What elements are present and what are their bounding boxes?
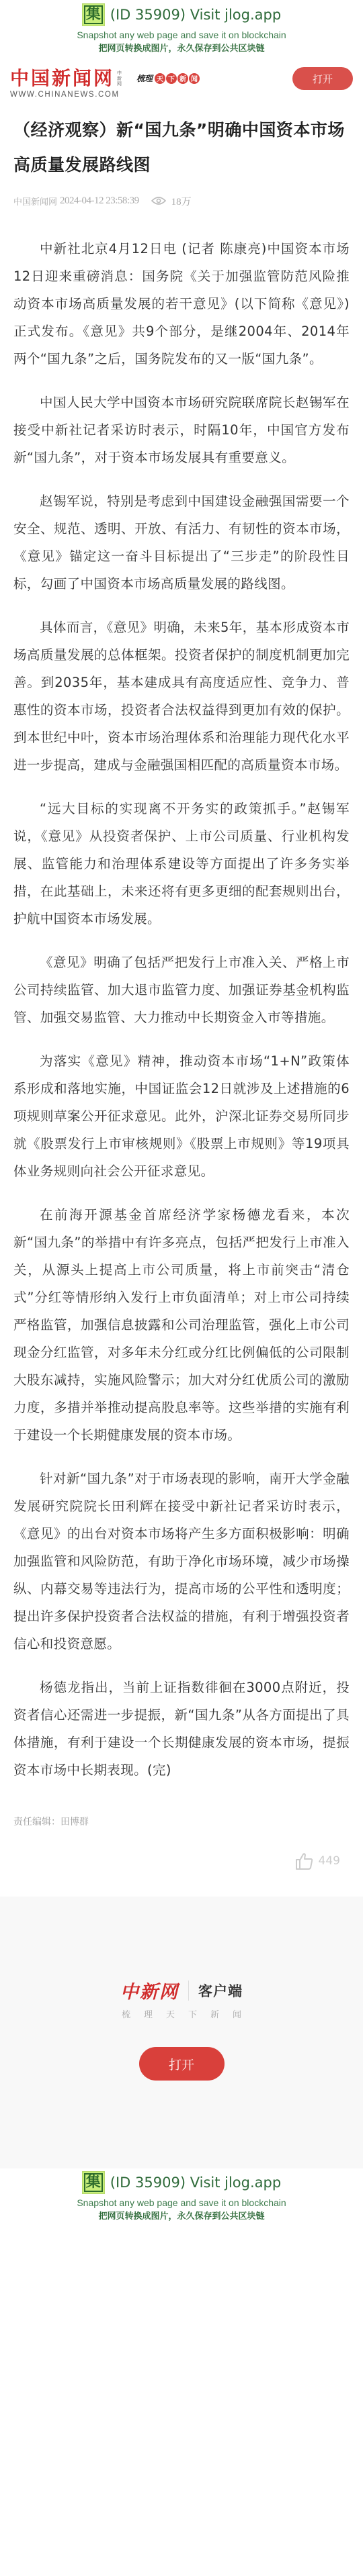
- article-paragraph: 杨德龙指出，当前上证指数徘徊在3000点附近，投资者信心还需进一步提振，新“国九…: [13, 1674, 350, 1784]
- jlog-title: (ID 35909) Visit jlog.app: [110, 7, 281, 23]
- open-app-button[interactable]: 打开: [292, 67, 353, 90]
- jlog-subtitle-cn: 把网页转换成图片，永久保存到公共区块链: [0, 2209, 363, 2222]
- jlog-banner-bottom: 集 (ID 35909) Visit jlog.app Snapshot any…: [0, 2168, 363, 2226]
- article-paragraph: 具体而言，《意见》明确，未来5年，基本形成资本市场高质量发展的总体框架。投资者保…: [13, 614, 350, 779]
- article-paragraph: 在前海开源基金首席经济学家杨德龙看来，本次新“国九条”的举措中有许多亮点，包括严…: [13, 1201, 350, 1449]
- article-title: （经济观察）新“国九条”明确中国资本市场高质量发展路线图: [13, 113, 350, 183]
- promo-divider: [188, 1981, 189, 2001]
- article-editor: 责任编辑：田博群: [13, 1815, 350, 1828]
- article-views: 18万: [171, 194, 192, 208]
- promo-open-app-button[interactable]: 打开: [139, 2047, 225, 2081]
- jlog-logo-icon: 集: [82, 3, 105, 26]
- like-count: 449: [319, 1854, 340, 1868]
- article-paragraph: 赵锡军说，特别是考虑到中国建设金融强国需要一个安全、规范、透明、开放、有活力、有…: [13, 487, 350, 598]
- like-button[interactable]: 449: [13, 1850, 350, 1872]
- jlog-title: (ID 35909) Visit jlog.app: [110, 2175, 281, 2191]
- jlog-subtitle-cn: 把网页转换成图片，永久保存到公共区块链: [0, 41, 363, 54]
- thumbs-up-icon: [294, 1851, 315, 1871]
- article-paragraph: 针对新“国九条”对于市场表现的影响，南开大学金融发展研究院院长田利辉在接受中新社…: [13, 1465, 350, 1658]
- site-header: 中国新闻网 中 新 网 WWW.CHINANEWS.COM 梳理 天 下 新 闻…: [0, 58, 363, 108]
- promo-tagline: 梳理天下新闻: [122, 2007, 255, 2020]
- article-paragraph: 中国人民大学中国资本市场研究院联席院长赵锡军在接受中新社记者采访时表示，时隔10…: [13, 389, 350, 471]
- jlog-banner-top: 集 (ID 35909) Visit jlog.app Snapshot any…: [0, 0, 363, 58]
- article-paragraph: 中新社北京4月12日电 (记者 陈康亮)中国资本市场12日迎来重磅消息：国务院《…: [13, 235, 350, 373]
- logo-url: WWW.CHINANEWS.COM: [10, 91, 122, 99]
- site-logo[interactable]: 中国新闻网 中 新 网 WWW.CHINANEWS.COM: [10, 67, 122, 99]
- article-paragraph: 为落实《意见》精神，推动资本市场“1+N”政策体系形成和落地实施，中国证监会12…: [13, 1047, 350, 1185]
- header-slogan: 梳理 天 下 新 闻: [136, 73, 200, 84]
- article-paragraph: “远大目标的实现离不开务实的政策抓手。”赵锡军说，《意见》从投资者保护、上市公司…: [13, 795, 350, 933]
- logo-text: 中国新闻网: [10, 67, 114, 90]
- article: （经济观察）新“国九条”明确中国资本市场高质量发展路线图 中国新闻网 2024-…: [0, 113, 363, 1872]
- eye-icon: [151, 196, 166, 205]
- article-source: 中国新闻网: [13, 195, 57, 207]
- jlog-subtitle-en: Snapshot any web page and save it on blo…: [0, 30, 363, 40]
- article-body: 中新社北京4月12日电 (记者 陈康亮)中国资本市场12日迎来重磅消息：国务院《…: [13, 235, 350, 1784]
- app-promo: 中新网 客户端 梳理天下新闻 打开: [0, 1897, 363, 2168]
- jlog-logo-icon: 集: [82, 2171, 105, 2194]
- article-paragraph: 《意见》明确了包括严把发行上市准入关、严格上市公司持续监管、加大退市监管力度、加…: [13, 949, 350, 1031]
- logo-mini-text: 中 新 网: [117, 70, 122, 87]
- article-meta: 中国新闻网 2024-04-12 23:58:39 18万: [13, 191, 350, 211]
- jlog-subtitle-en: Snapshot any web page and save it on blo…: [0, 2197, 363, 2208]
- article-time: 2024-04-12 23:58:39: [60, 195, 139, 207]
- promo-logo: 中新网 客户端: [120, 1977, 243, 2003]
